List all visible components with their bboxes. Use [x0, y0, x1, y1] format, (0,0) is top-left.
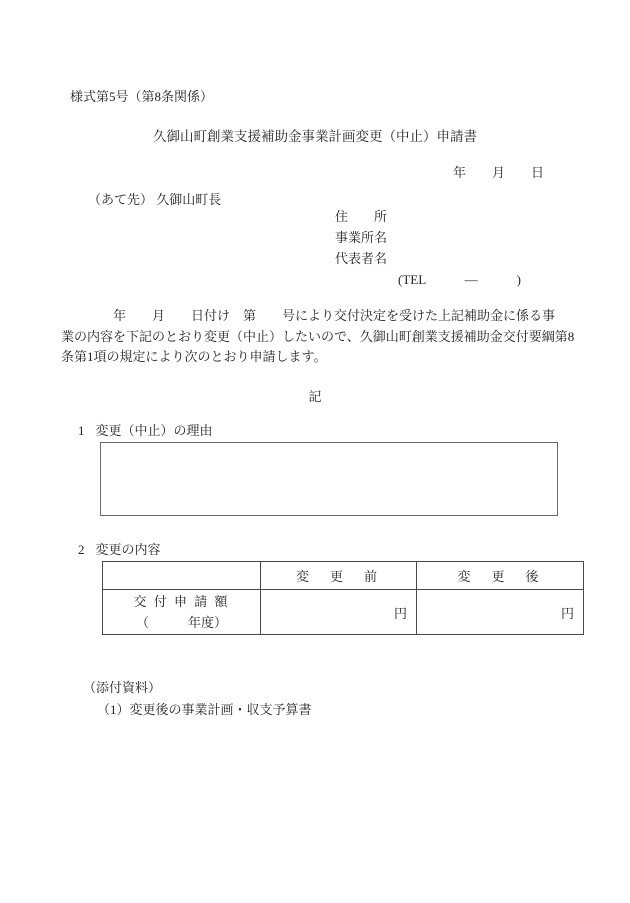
section1-heading: 1変更（中止）の理由 — [78, 420, 213, 439]
attachment-item: （1）変更後の事業計画・収支予算書 — [97, 699, 312, 718]
application-amount-label: 交 付 申 請 額 — [103, 591, 260, 612]
document-title: 久御山町創業支援補助金事業計画変更（中止）申請書 — [0, 125, 630, 145]
section2-number: 2 — [78, 542, 85, 558]
amount-after-cell: 円 — [417, 590, 584, 635]
business-name-label: 事業所名 — [335, 227, 521, 248]
date-line: 年 月 日 — [453, 162, 544, 181]
section2-label: 変更の内容 — [96, 542, 161, 557]
table-header-row: 変 更 前 変 更 後 — [103, 562, 584, 590]
table-header-empty — [103, 562, 261, 590]
body-paragraph-line: 業の内容を下記のとおり変更（中止）したいので、久御山町創業支援補助金交付要綱第8 — [61, 327, 574, 348]
attachments-heading: （添付資料） — [83, 677, 161, 696]
body-paragraph-line: 年 月 日付け 第 号により交付決定を受けた上記補助金に係る事 — [61, 306, 574, 327]
table-header-after: 変 更 後 — [417, 562, 584, 590]
table-header-before: 変 更 前 — [261, 562, 417, 590]
notice-mark: 記 — [0, 386, 630, 405]
addressee-line: （あて先） 久御山町長 — [88, 189, 221, 208]
amount-before-cell: 円 — [261, 590, 417, 635]
document-page: 様式第5号（第8条関係） 久御山町創業支援補助金事業計画変更（中止）申請書 年 … — [0, 0, 630, 903]
applicant-block: 住 所 事業所名 代表者名 (TEL — ) — [335, 206, 521, 290]
body-paragraph-line: 条第1項の規定により次のとおり申請します。 — [61, 347, 574, 368]
section1-number: 1 — [78, 423, 85, 439]
fiscal-year-label: （ 年度） — [103, 612, 260, 633]
section1-label: 変更（中止）の理由 — [96, 423, 213, 438]
table-row: 交 付 申 請 額 （ 年度） 円 円 — [103, 590, 584, 635]
section2-heading: 2変更の内容 — [78, 539, 161, 558]
body-paragraph: 年 月 日付け 第 号により交付決定を受けた上記補助金に係る事 業の内容を下記の… — [61, 306, 574, 368]
tel-line: (TEL — ) — [398, 269, 521, 290]
form-number: 様式第5号（第8条関係） — [70, 86, 213, 105]
application-amount-label-cell: 交 付 申 請 額 （ 年度） — [103, 590, 261, 635]
reason-input-box — [100, 442, 558, 516]
change-details-table: 変 更 前 変 更 後 交 付 申 請 額 （ 年度） 円 円 — [102, 561, 584, 635]
representative-label: 代表者名 — [335, 248, 521, 269]
address-label: 住 所 — [335, 206, 521, 227]
